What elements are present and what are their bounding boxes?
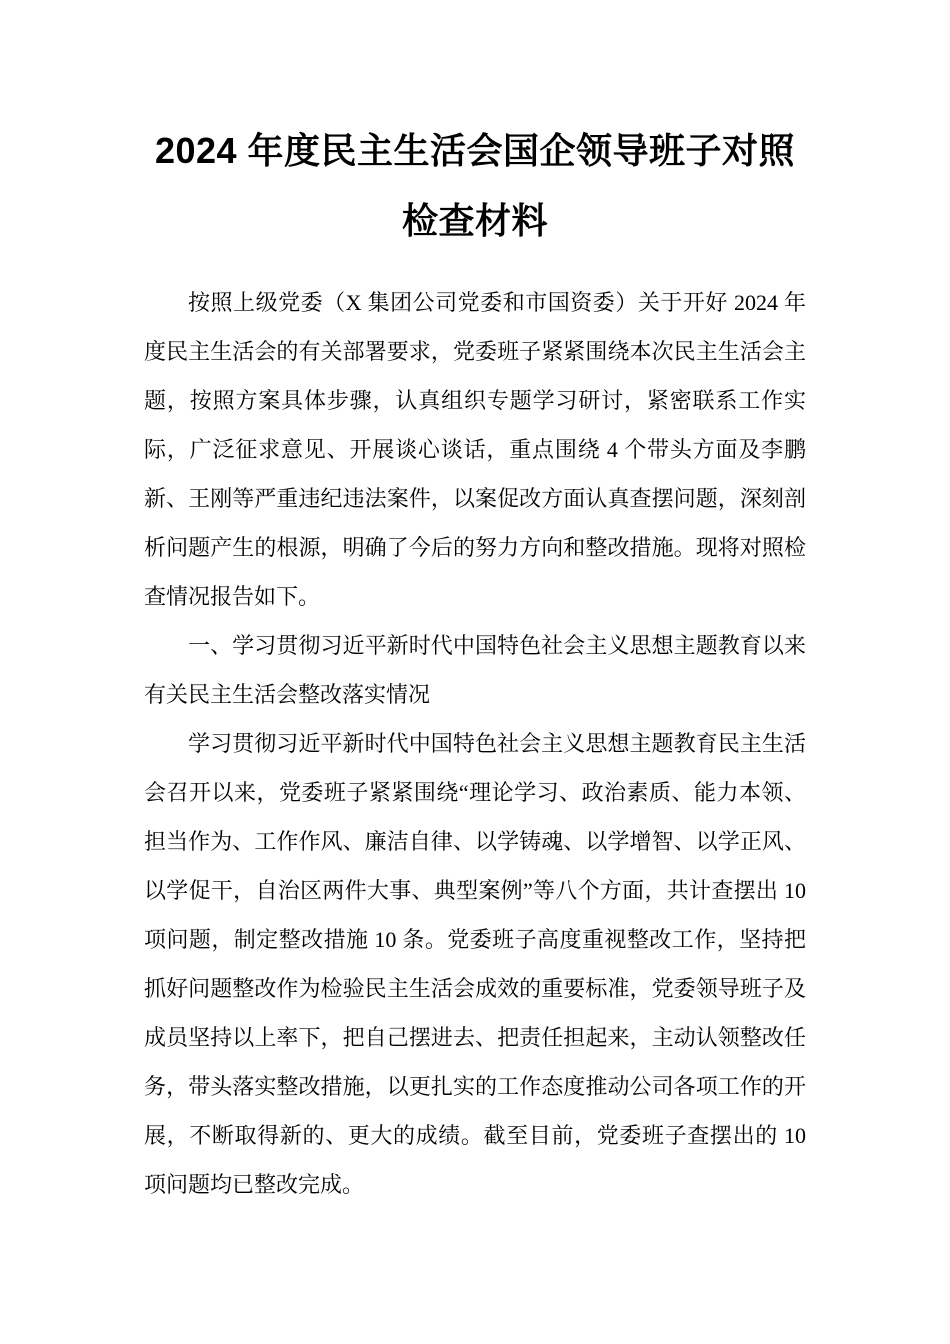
section-heading-1: 一、学习贯彻习近平新时代中国特色社会主义思想主题教育以来有关民主生活会整改落实情… [144, 621, 806, 719]
body-paragraph-1: 按照上级党委（X 集团公司党委和市国资委）关于开好 2024 年度民主生活会的有… [144, 278, 806, 621]
document-page: 2024 年度民主生活会国企领导班子对照检查材料 按照上级党委（X 集团公司党委… [0, 0, 950, 1344]
body-paragraph-2: 学习贯彻习近平新时代中国特色社会主义思想主题教育民主生活会召开以来，党委班子紧紧… [144, 719, 806, 1209]
document-body: 按照上级党委（X 集团公司党委和市国资委）关于开好 2024 年度民主生活会的有… [144, 278, 806, 1209]
document-title: 2024 年度民主生活会国企领导班子对照检查材料 [144, 116, 806, 256]
